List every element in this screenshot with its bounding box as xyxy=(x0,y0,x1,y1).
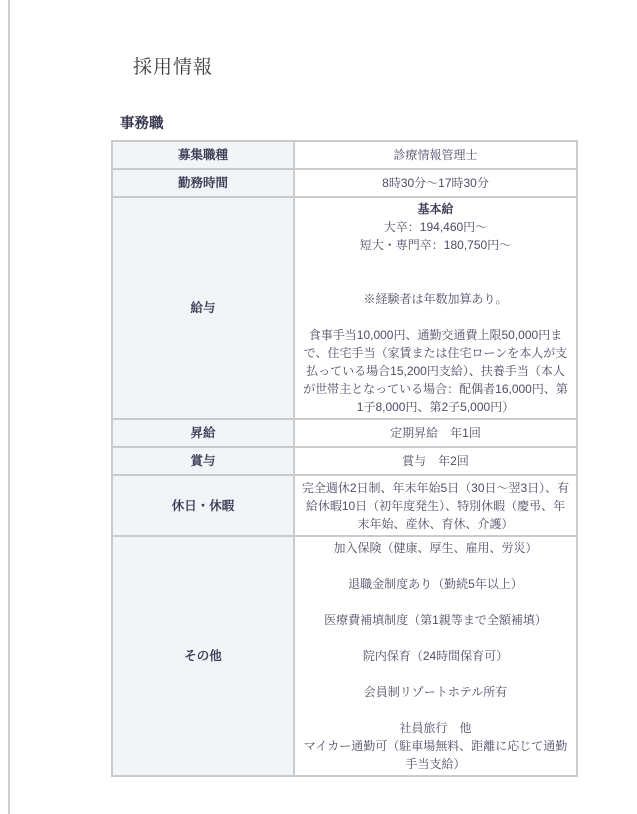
salary-details: 大卒：194,460円～ 短大・専門卒：180,750円～ ※経験者は年数加算あ… xyxy=(301,218,570,416)
row-header-working-hours: 勤務時間 xyxy=(112,169,294,197)
recruitment-table: 募集職種 診療情報管理士 勤務時間 8時30分～17時30分 給与 基本給 大卒… xyxy=(111,140,578,777)
row-header-bonus: 賞与 xyxy=(112,447,294,475)
row-header-job-type: 募集職種 xyxy=(112,141,294,169)
table-row-other: その他 加入保険（健康、厚生、雇用、労災） 退職金制度あり（勤続5年以上） 医療… xyxy=(112,536,577,776)
row-value-working-hours: 8時30分～17時30分 xyxy=(294,169,577,197)
row-header-salary: 給与 xyxy=(112,197,294,419)
section-heading-office-job: 事務職 xyxy=(120,112,164,133)
table-row-raise: 昇給 定期昇給 年1回 xyxy=(112,419,577,447)
other-benefit-list: 加入保険（健康、厚生、雇用、労災） 退職金制度あり（勤続5年以上） 医療費補填制… xyxy=(301,539,570,773)
row-value-other: 加入保険（健康、厚生、雇用、労災） 退職金制度あり（勤続5年以上） 医療費補填制… xyxy=(294,536,577,776)
row-value-salary: 基本給 大卒：194,460円～ 短大・専門卒：180,750円～ ※経験者は年… xyxy=(294,197,577,419)
table-row-salary: 給与 基本給 大卒：194,460円～ 短大・専門卒：180,750円～ ※経験… xyxy=(112,197,577,419)
page: 採用情報 事務職 募集職種 診療情報管理士 勤務時間 8時30分～17時30分 … xyxy=(0,0,637,814)
table-row-bonus: 賞与 賞与 年2回 xyxy=(112,447,577,475)
table-row-job-type: 募集職種 診療情報管理士 xyxy=(112,141,577,169)
page-left-border xyxy=(8,0,10,814)
row-header-other: その他 xyxy=(112,536,294,776)
row-value-holidays: 完全週休2日制、年末年始5日（30日～翌3日）、有給休暇10日（初年度発生）、特… xyxy=(294,475,577,536)
row-value-job-type: 診療情報管理士 xyxy=(294,141,577,169)
salary-basic-title: 基本給 xyxy=(301,200,570,218)
table-row-working-hours: 勤務時間 8時30分～17時30分 xyxy=(112,169,577,197)
row-value-bonus: 賞与 年2回 xyxy=(294,447,577,475)
page-title: 採用情報 xyxy=(133,52,213,79)
table-row-holidays: 休日・休暇 完全週休2日制、年末年始5日（30日～翌3日）、有給休暇10日（初年… xyxy=(112,475,577,536)
row-header-holidays: 休日・休暇 xyxy=(112,475,294,536)
row-header-raise: 昇給 xyxy=(112,419,294,447)
row-value-raise: 定期昇給 年1回 xyxy=(294,419,577,447)
